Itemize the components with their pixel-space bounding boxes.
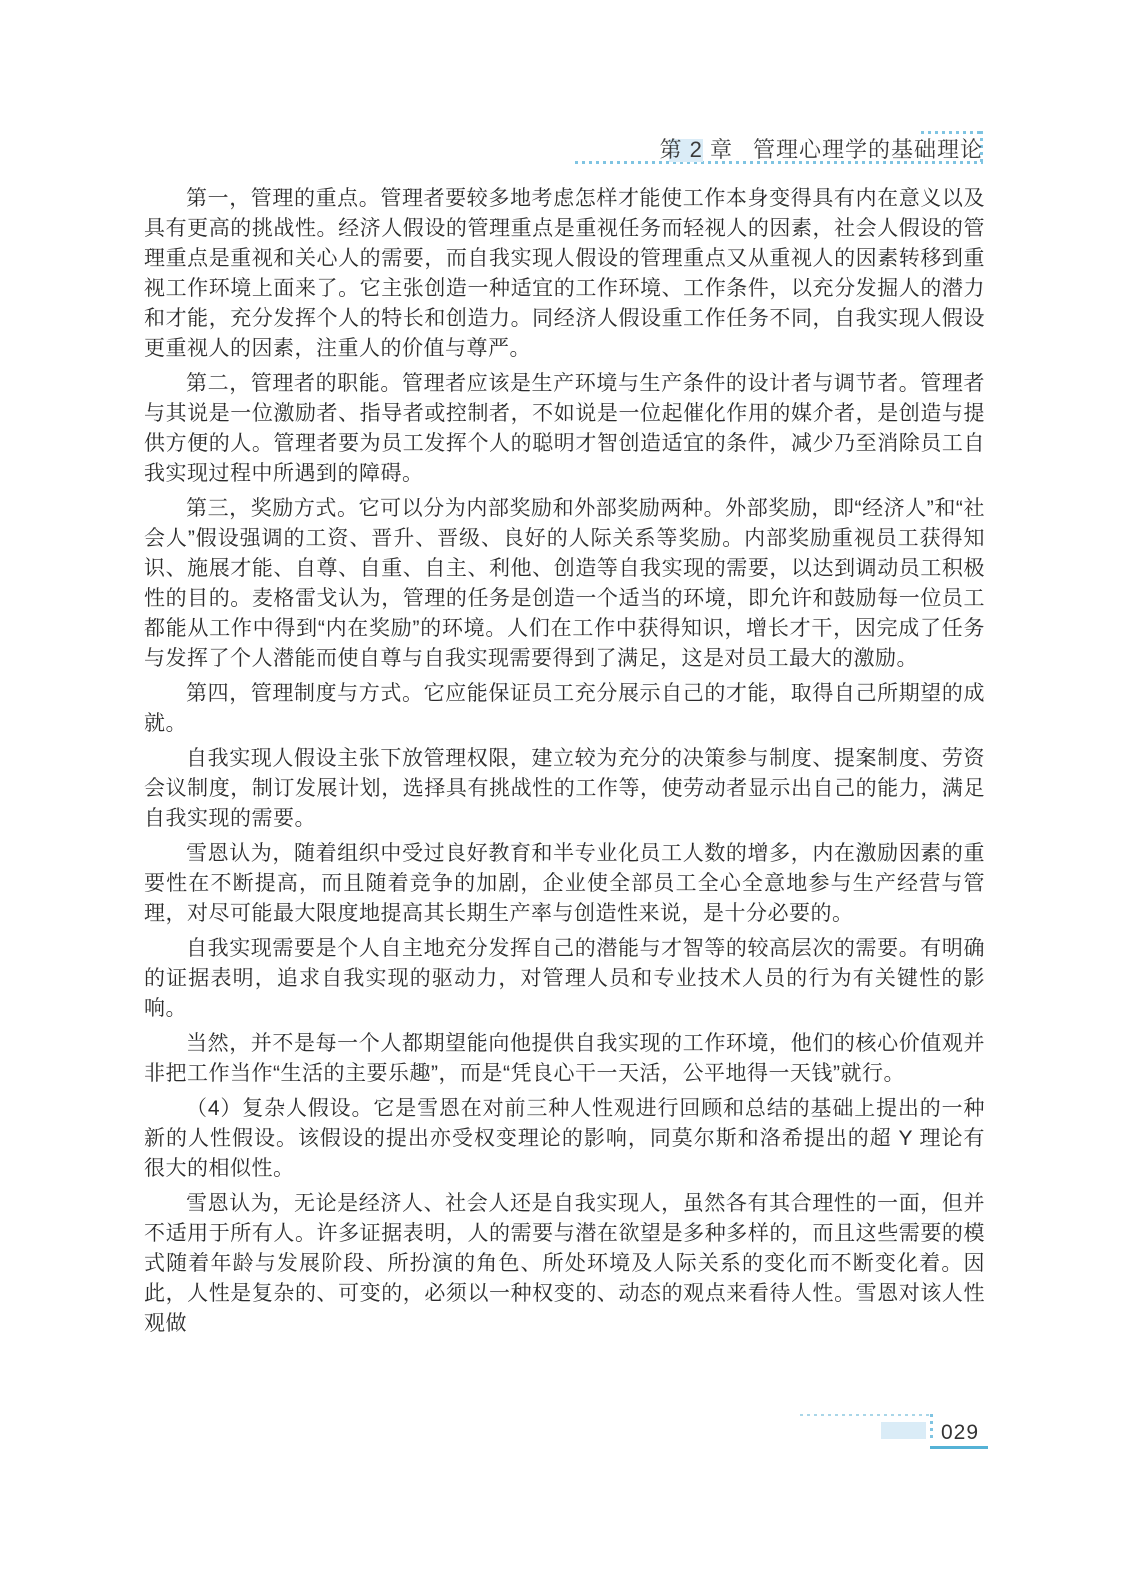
chapter-heading: 第 2 章 管理心理学的基础理论 <box>660 133 983 164</box>
page-number-underline <box>930 1446 988 1449</box>
chapter-title: 管理心理学的基础理论 <box>753 133 983 164</box>
paragraph-9: （4）复杂人假设。它是雪恩在对前三种人性观进行回顾和总结的基础上提出的一种新的人… <box>144 1094 985 1184</box>
paragraph-1: 第一，管理的重点。管理者要较多地考虑怎样才能使工作本身变得具有内在意义以及具有更… <box>144 184 985 364</box>
paragraph-6: 雪恩认为，随着组织中受过良好教育和半专业化员工人数的增多，内在激励因素的重要性在… <box>144 839 985 929</box>
paragraph-10: 雪恩认为，无论是经济人、社会人还是自我实现人，虽然各有其合理性的一面，但并不适用… <box>144 1189 985 1339</box>
footer-accent-box <box>881 1422 926 1439</box>
paragraph-3: 第三，奖励方式。它可以分为内部奖励和外部奖励两种。外部奖励，即“经济人”和“社会… <box>144 494 985 674</box>
page-body-text: 第一，管理的重点。管理者要较多地考虑怎样才能使工作本身变得具有内在意义以及具有更… <box>144 184 985 1339</box>
footer-dotted-rule-vertical <box>930 1414 933 1442</box>
footer-dotted-rule-top <box>800 1414 932 1416</box>
paragraph-4: 第四，管理制度与方式。它应能保证员工充分展示自己的才能，取得自己所期望的成就。 <box>144 679 985 739</box>
chapter-number: 第 2 章 <box>660 133 733 164</box>
paragraph-7: 自我实现需要是个人自主地充分发挥自己的潜能与才智等的较高层次的需要。有明确的证据… <box>144 934 985 1024</box>
paragraph-8: 当然，并不是每一个人都期望能向他提供自我实现的工作环境，他们的核心价值观并非把工… <box>144 1029 985 1089</box>
paragraph-2: 第二，管理者的职能。管理者应该是生产环境与生产条件的设计者与调节者。管理者与其说… <box>144 369 985 489</box>
paragraph-5: 自我实现人假设主张下放管理权限，建立较为充分的决策参与制度、提案制度、劳资会议制… <box>144 744 985 834</box>
book-page: 第 2 章 管理心理学的基础理论 第一，管理的重点。管理者要较多地考虑怎样才能使… <box>0 0 1128 1570</box>
page-number: 029 <box>941 1421 979 1445</box>
